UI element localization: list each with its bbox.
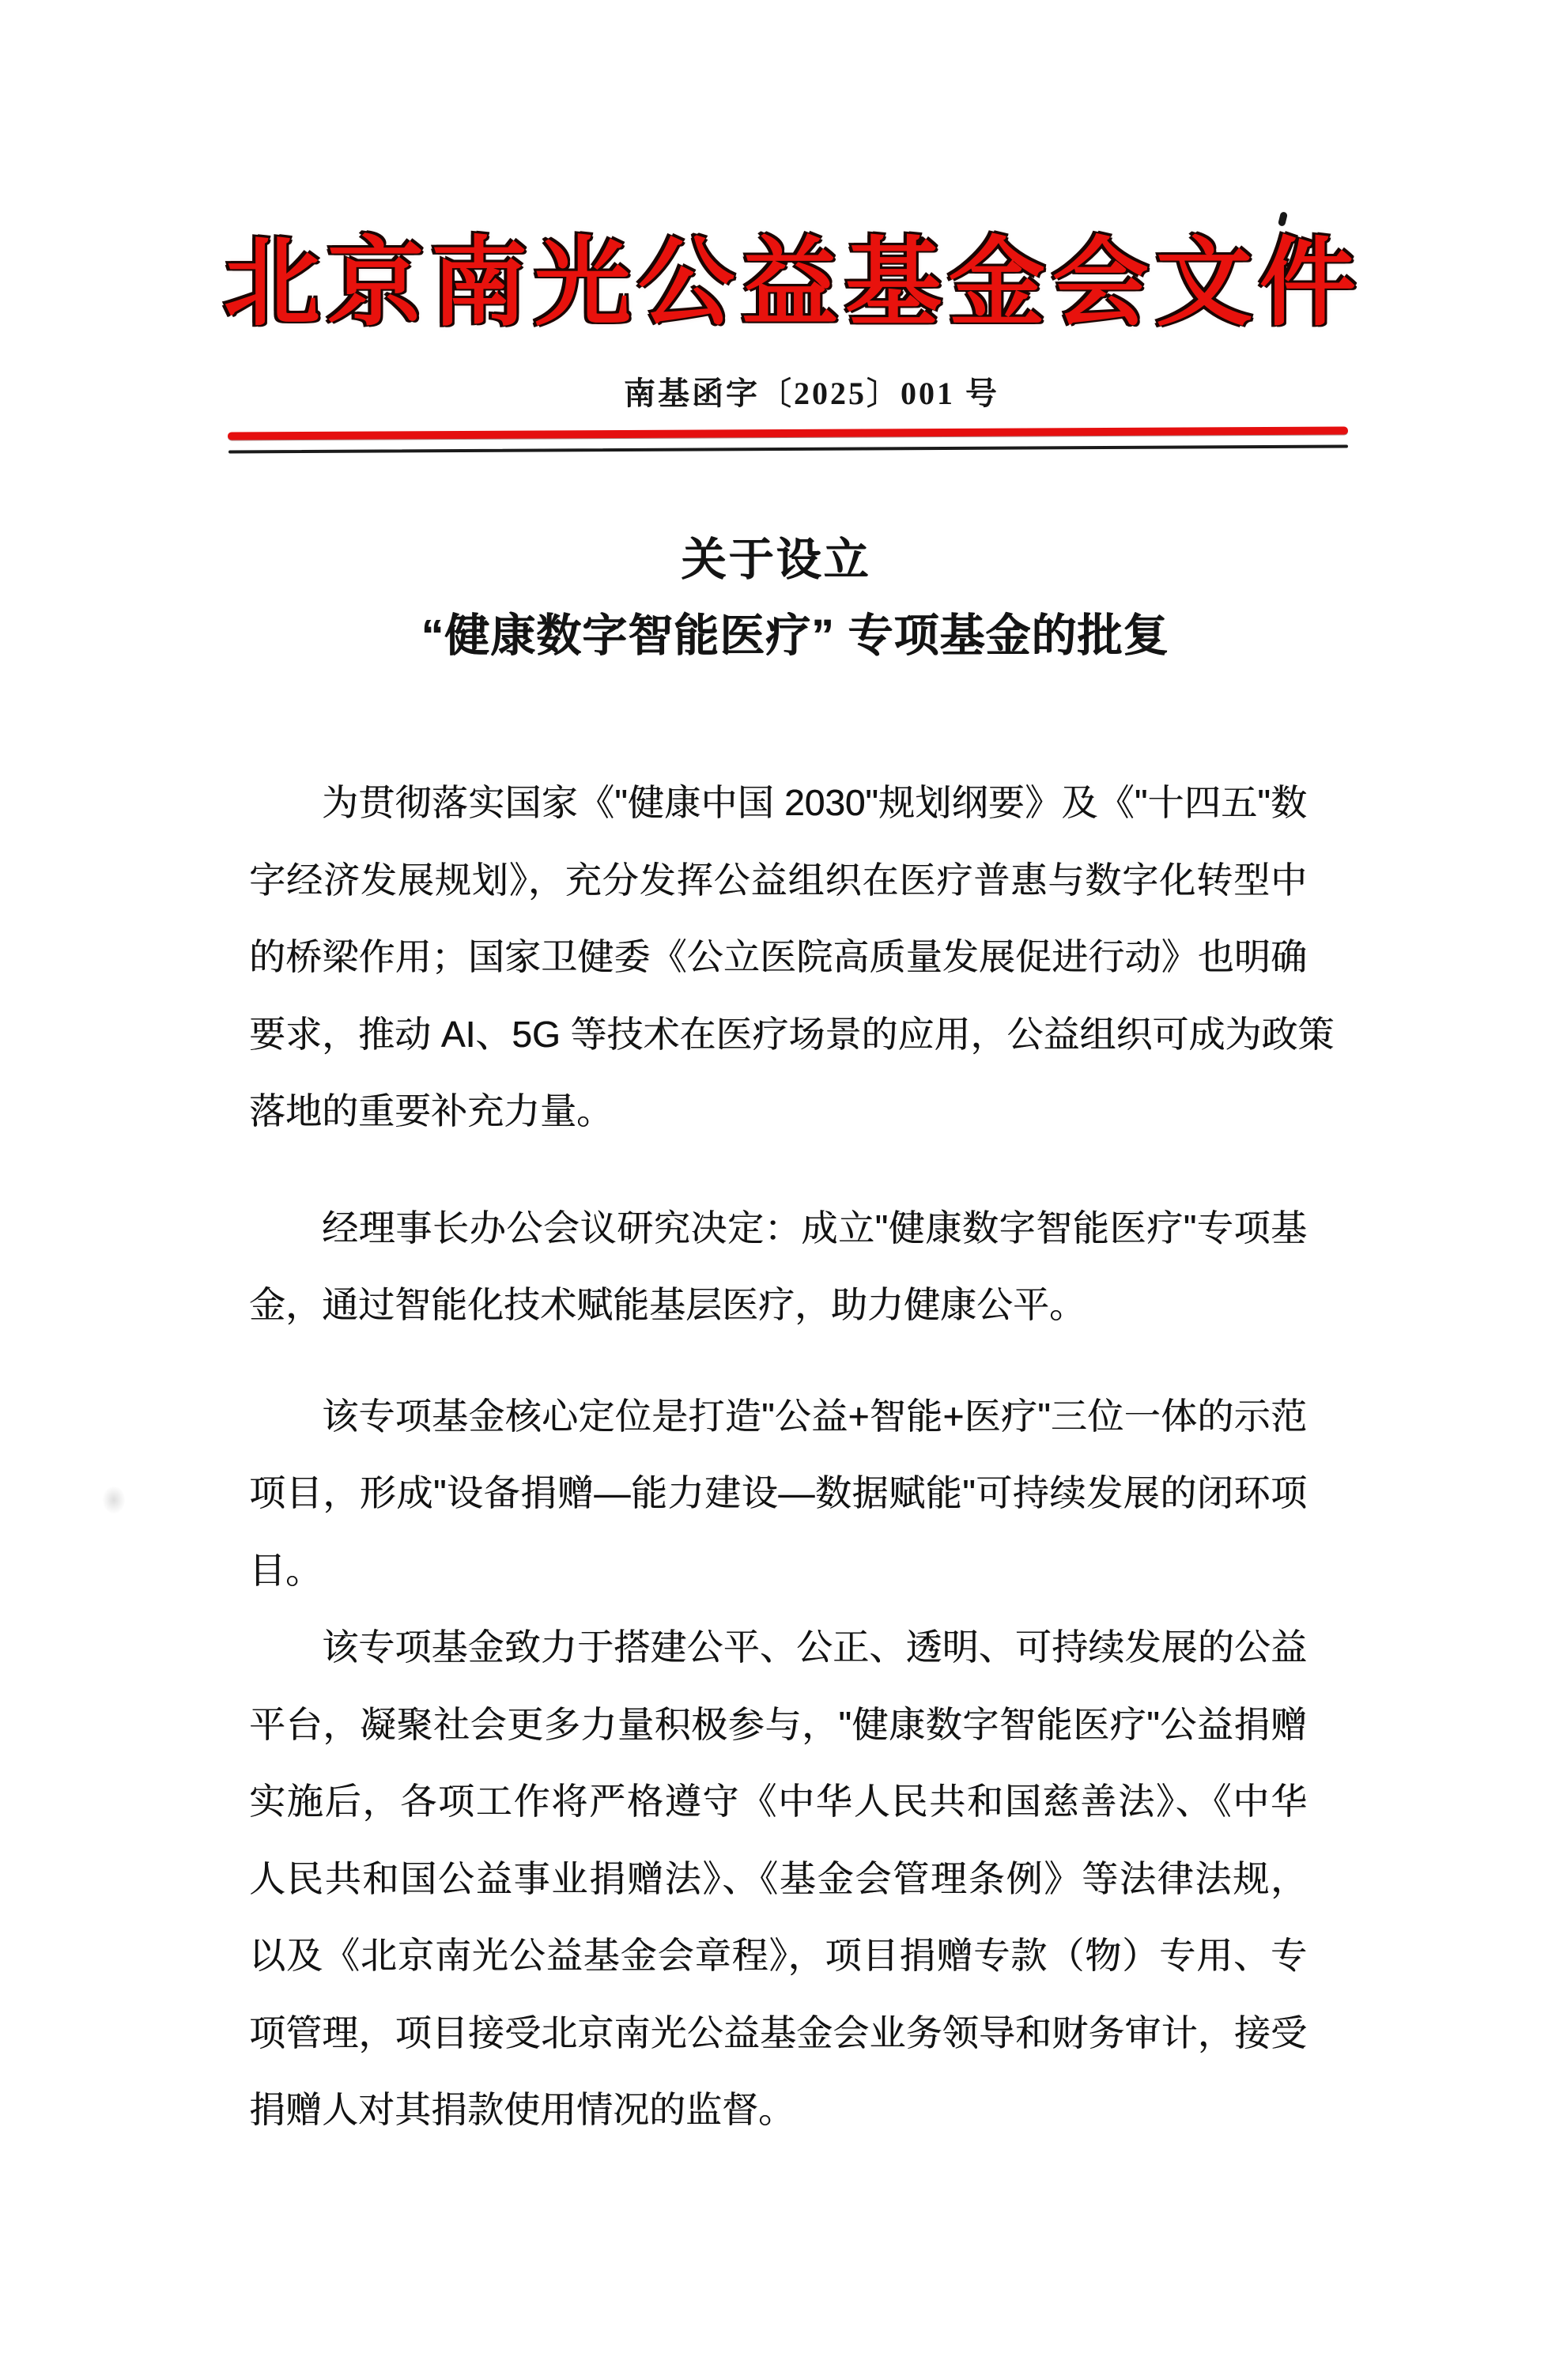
body-line: 经理事长办公会议研究决定：成立"健康数字智能医疗"专项基 xyxy=(249,1190,1307,1267)
body-line: 项管理，项目接受北京南光公益基金会业务领导和财务审计，接受 xyxy=(249,1995,1307,2072)
body-line: 以及《北京南光公益基金会章程》，项目捐赠专款（物）专用、专 xyxy=(249,1917,1307,1995)
document-page: 北京南光公益基金会文件 南基函字〔2025〕001 号 关于设立 “健康数字智能… xyxy=(0,0,1552,2380)
body-line: 为贯彻落实国家《"健康中国 2030"规划纲要》及《"十四五"数 xyxy=(249,765,1307,842)
body-line: 字经济发展规划》，充分发挥公益组织在医疗普惠与数字化转型中 xyxy=(249,842,1307,920)
title-line-2: “健康数字智能医疗” 专项基金的批复 xyxy=(19,598,1552,674)
body-line: 要求，推动 AI、5G 等技术在医疗场景的应用，公益组织可成为政策 xyxy=(249,996,1307,1074)
red-divider-line xyxy=(228,427,1348,440)
body-line: 该专项基金核心定位是打造"公益+智能+医疗"三位一体的示范 xyxy=(249,1378,1307,1456)
body-line: 落地的重要补充力量。 xyxy=(249,1073,1307,1150)
body-line: 捐赠人对其捐款使用情况的监督。 xyxy=(249,2072,1307,2149)
document-body: 为贯彻落实国家《"健康中国 2030"规划纲要》及《"十四五"数字经济发展规划》… xyxy=(249,765,1307,2149)
ink-speck-mark xyxy=(1278,211,1288,227)
body-line: 金，通过智能化技术赋能基层医疗，助力健康公平。 xyxy=(249,1267,1307,1344)
body-line: 实施后，各项工作将严格遵守《中华人民共和国慈善法》、《中华 xyxy=(249,1763,1307,1841)
body-line: 平台，凝聚社会更多力量积极参与，"健康数字智能医疗"公益捐赠 xyxy=(249,1687,1307,1764)
scan-smudge-mark xyxy=(103,1487,125,1513)
letterhead-org-title: 北京南光公益基金会文件 xyxy=(17,234,1552,335)
paragraph: 经理事长办公会议研究决定：成立"健康数字智能医疗"专项基金，通过智能化技术赋能基… xyxy=(249,1190,1307,1344)
document-reference-number: 南基函字〔2025〕001 号 xyxy=(36,375,1552,413)
paragraph: 该专项基金致力于搭建公平、公正、透明、可持续发展的公益平台，凝聚社会更多力量积极… xyxy=(249,1609,1307,2149)
black-divider-line xyxy=(228,445,1348,454)
paragraph: 为贯彻落实国家《"健康中国 2030"规划纲要》及《"十四五"数字经济发展规划》… xyxy=(249,765,1307,1150)
body-line: 该专项基金致力于搭建公平、公正、透明、可持续发展的公益 xyxy=(249,1609,1307,1687)
document-title: 关于设立 “健康数字智能医疗” 专项基金的批复 xyxy=(0,522,1552,674)
title-line-1: 关于设立 xyxy=(0,522,1552,598)
body-line: 的桥梁作用；国家卫健委《公立医院高质量发展促进行动》也明确 xyxy=(249,919,1307,996)
body-line: 目。 xyxy=(249,1532,1307,1610)
body-line: 项目，形成"设备捐赠—能力建设—数据赋能"可持续发展的闭环项 xyxy=(249,1455,1307,1532)
body-line: 人民共和国公益事业捐赠法》、《基金会管理条例》等法律法规， xyxy=(249,1841,1307,1918)
paragraph: 该专项基金核心定位是打造"公益+智能+医疗"三位一体的示范项目，形成"设备捐赠—… xyxy=(249,1378,1307,1610)
